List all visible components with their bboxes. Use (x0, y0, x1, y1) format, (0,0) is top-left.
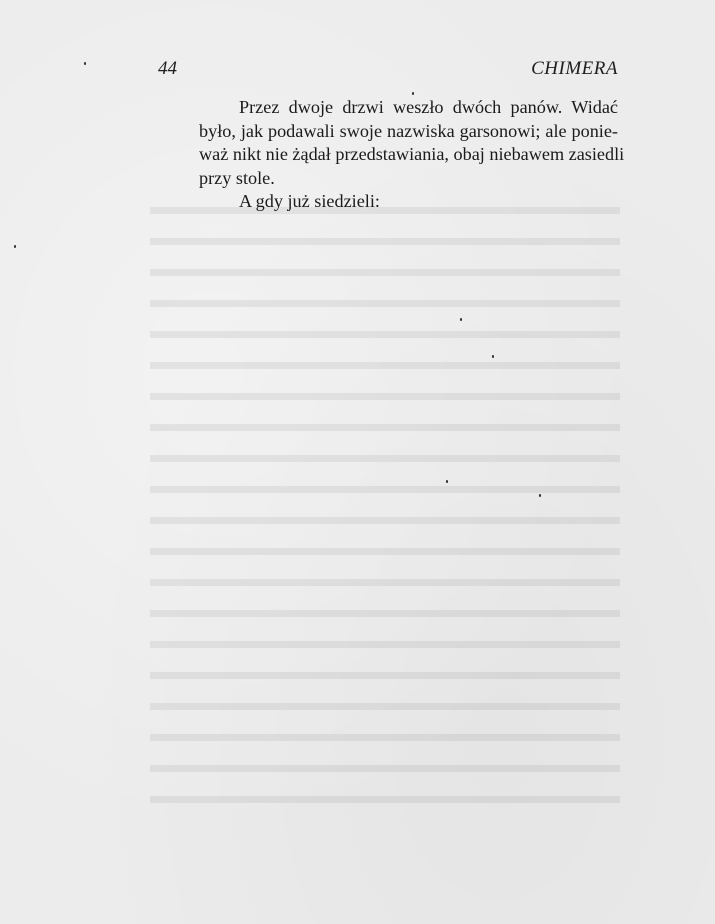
text-line: było, jak podawali swoje nazwiska garson… (159, 120, 618, 144)
book-page: 44 CHIMERA Przez dwoje drzwi weszło dwóc… (0, 0, 715, 924)
paper-speck (412, 92, 414, 95)
paper-speck (492, 355, 494, 358)
paper-speck (539, 494, 541, 497)
text-line: waż nikt nie żądał przedstawiania, obaj … (159, 143, 618, 167)
show-through-text (150, 200, 620, 820)
paper-speck (446, 480, 448, 483)
running-head: 44 CHIMERA (158, 58, 618, 84)
page-number: 44 (158, 58, 177, 80)
body-text: Przez dwoje drzwi weszło dwóch panów. Wi… (159, 96, 618, 214)
text-line: Przez dwoje drzwi weszło dwóch panów. Wi… (159, 96, 618, 120)
text-line: przy stole. (159, 167, 618, 191)
paragraph: A gdy już siedzieli: (159, 190, 618, 214)
text-line: A gdy już siedzieli: (159, 190, 618, 214)
paragraph: Przez dwoje drzwi weszło dwóch panów. Wi… (159, 96, 618, 190)
running-title: CHIMERA (531, 58, 618, 80)
paper-speck (84, 62, 86, 65)
paper-speck (14, 245, 16, 248)
paper-speck (460, 318, 462, 321)
